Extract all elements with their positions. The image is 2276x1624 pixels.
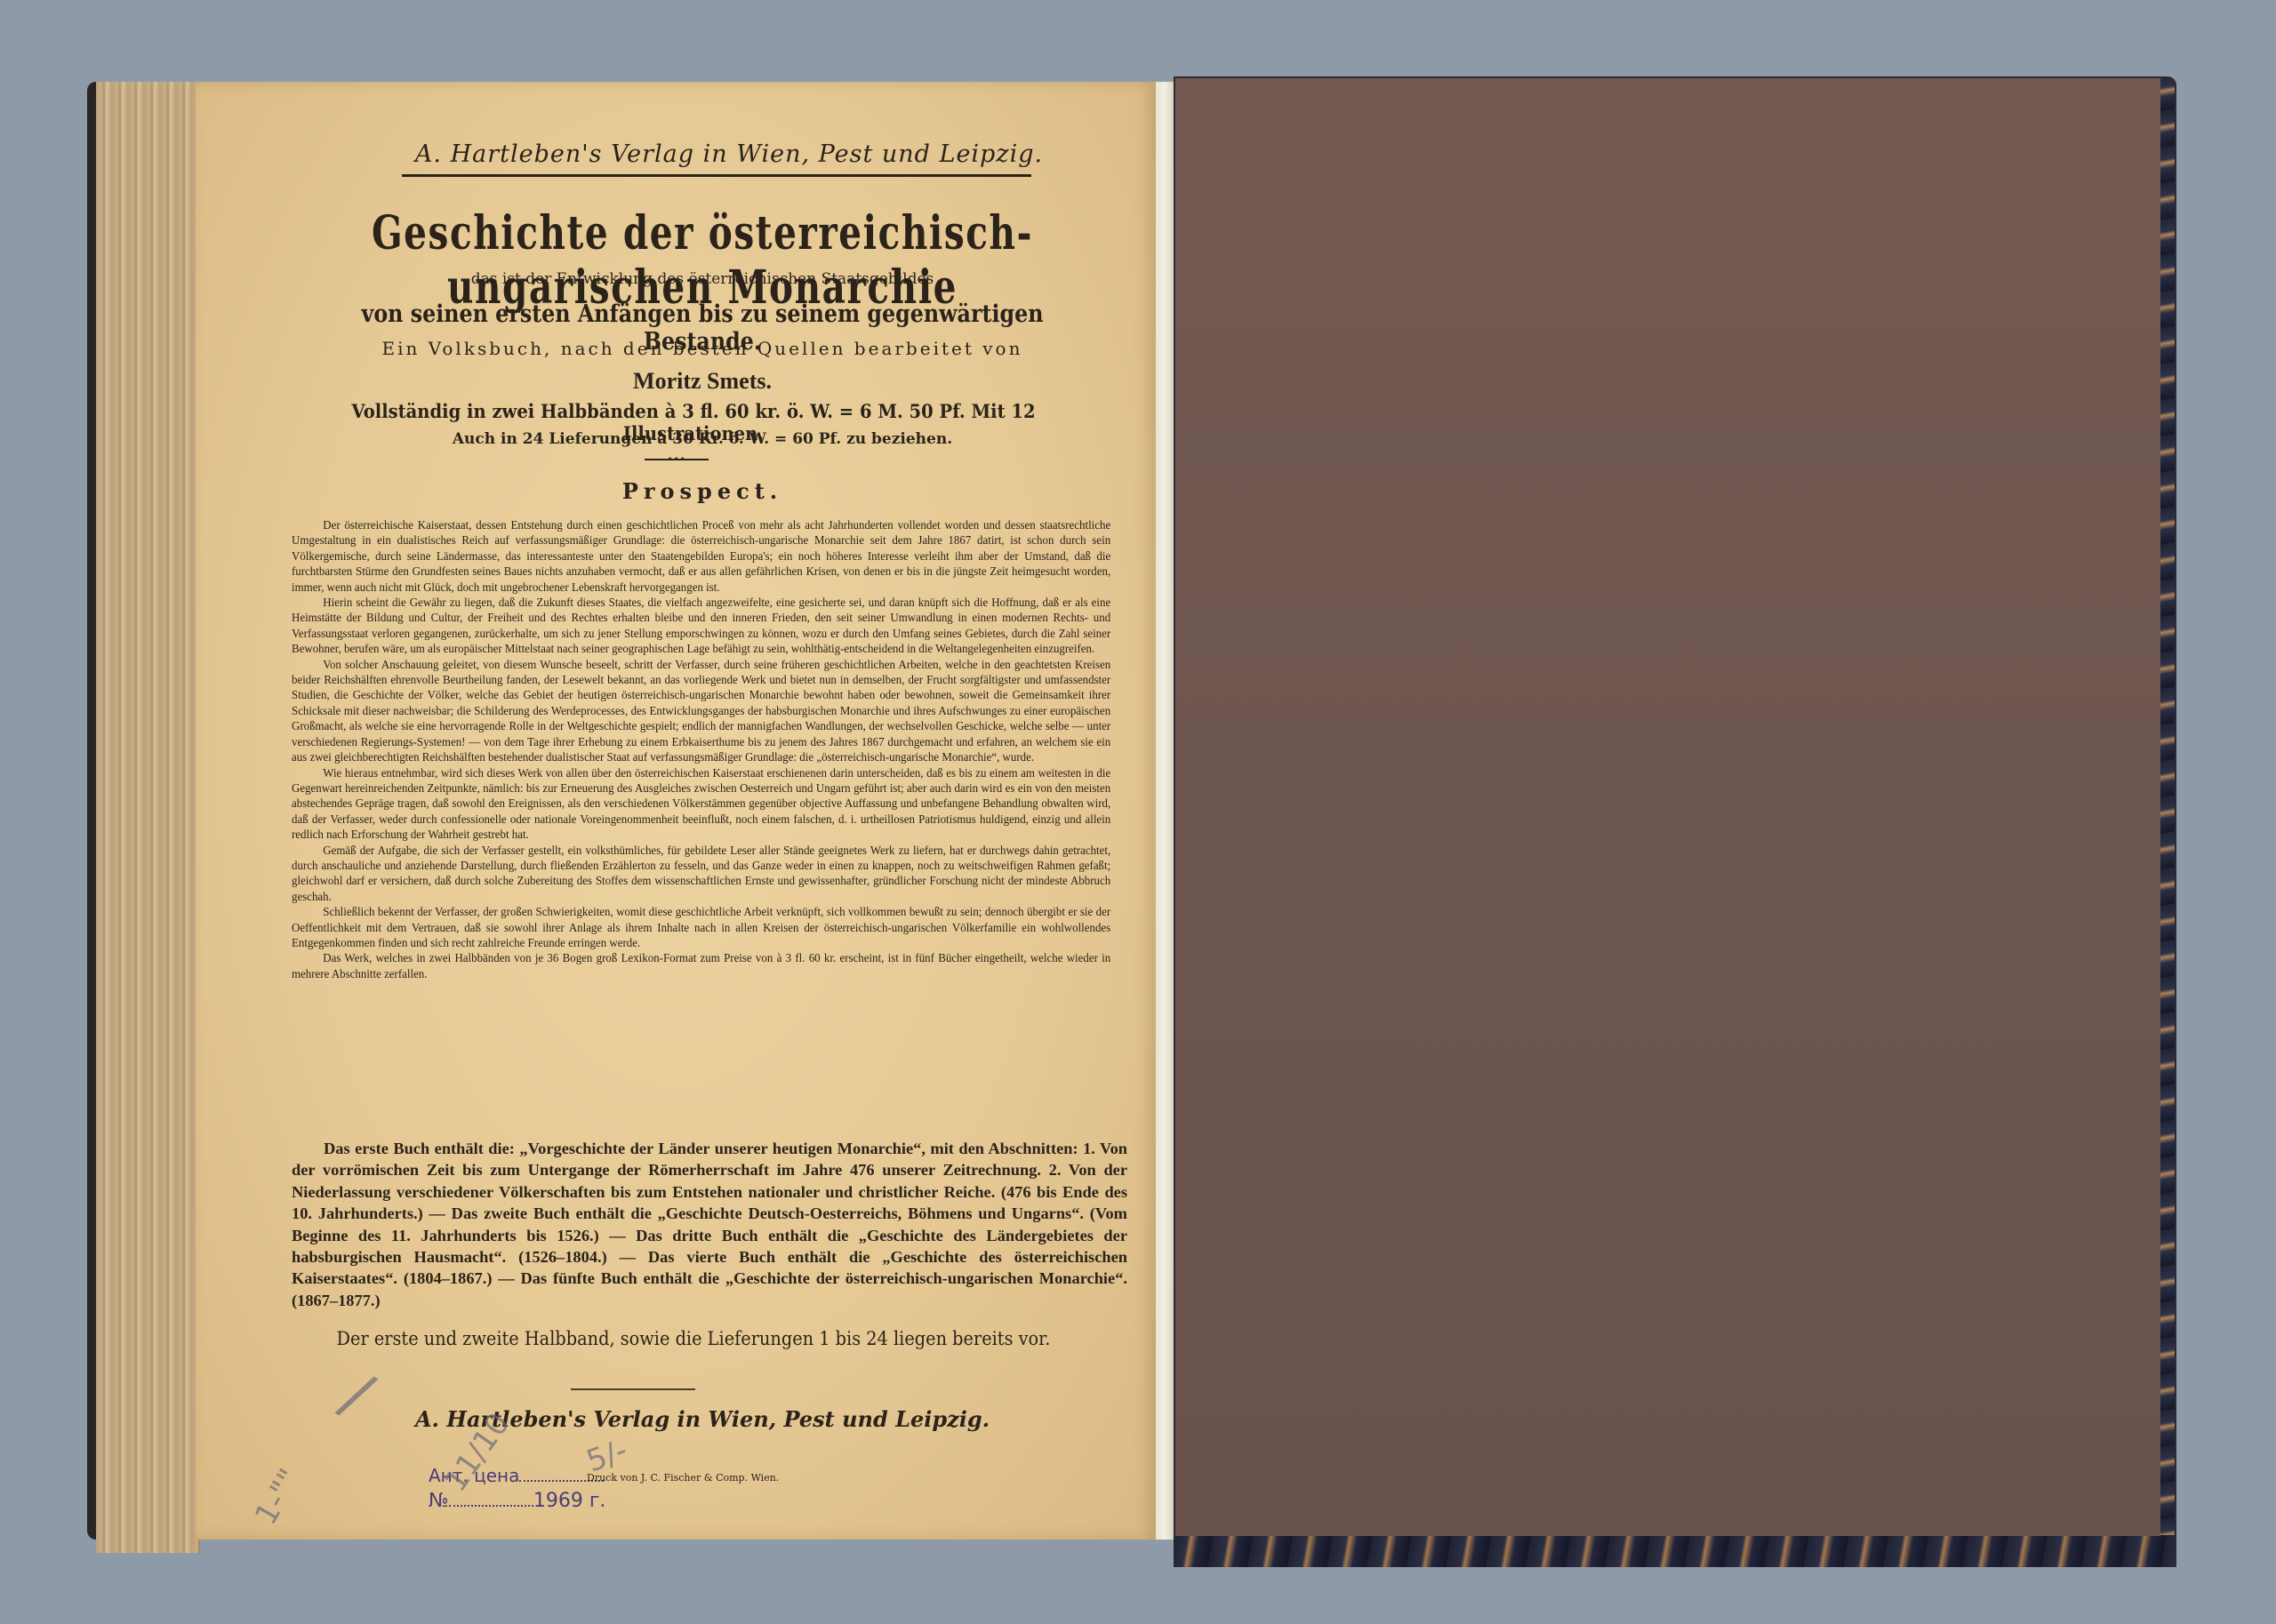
paragraph: Der österreichische Kaiserstaat, dessen …: [292, 517, 1110, 595]
byline: Ein Volksbuch, nach den besten Quellen b…: [276, 338, 1129, 359]
printer-imprint: Druck von J. C. Fischer & Comp. Wien.: [587, 1472, 779, 1484]
page-edge-block: [96, 82, 200, 1553]
header-rule: [402, 174, 1031, 177]
paragraph: Von solcher Anschauung geleitet, von die…: [292, 657, 1110, 765]
paragraph: Hierin scheint die Gewähr zu liegen, daß…: [292, 595, 1110, 657]
price-line-2: Auch in 24 Lieferungen à 30 Kr. ö. W. = …: [276, 430, 1129, 448]
stamp-number-label: №: [429, 1490, 449, 1512]
books-contents: Das erste Buch enthält die: „Vorgeschich…: [292, 1138, 1127, 1311]
gutter-strip: [1156, 82, 1174, 1540]
books-paragraph: Das erste Buch enthält die: „Vorgeschich…: [292, 1138, 1127, 1311]
bottom-marbled-edge: [1174, 1535, 2176, 1567]
availability-line: Der erste und zweite Halbband, sowie die…: [284, 1328, 1102, 1349]
prospectus-document: A. Hartleben's Verlag in Wien, Pest und …: [196, 82, 1156, 1540]
ornament-icon: •••: [667, 453, 685, 466]
author-name: Moritz Smets.: [276, 368, 1129, 395]
paragraph: Gemäß der Aufgabe, die sich der Verfasse…: [292, 843, 1110, 905]
paragraph: Das Werk, welches in zwei Halbbänden von…: [292, 950, 1110, 981]
document-title: Geschichte der österreichisch-ungarische…: [370, 206, 1036, 315]
prospect-heading: Prospect.: [276, 478, 1129, 504]
pencil-mark: 1-"": [248, 1463, 308, 1531]
stamp-year: 1969 г.: [533, 1490, 606, 1512]
footer-publisher: A. Hartleben's Verlag in Wien, Pest und …: [276, 1406, 1129, 1432]
paragraph: Wie hieraus entnehmbar, wird sich dieses…: [292, 765, 1110, 843]
stamp-dots: [449, 1505, 533, 1507]
paragraph: Schließlich bekennt der Verfasser, der g…: [292, 904, 1110, 950]
subtitle: das ist der Entwicklung des österreichis…: [276, 270, 1129, 288]
publisher-header: A. Hartleben's Verlag in Wien, Pest und …: [409, 140, 1049, 168]
right-endpaper: [1175, 78, 2160, 1536]
footer-rule: [571, 1388, 695, 1390]
prospect-body: Der österreichische Kaiserstaat, dessen …: [292, 517, 1110, 981]
